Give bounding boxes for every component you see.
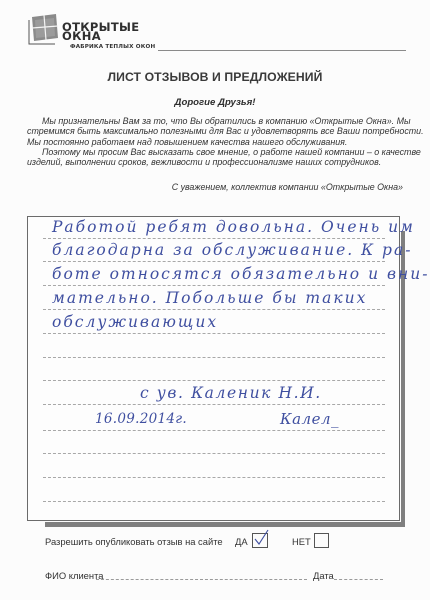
closing-signature: С уважением, коллектив компании «Открыты… <box>172 182 403 192</box>
intro-line: изделий, выполнении сроков, вежливости и… <box>27 157 403 167</box>
writing-line[interactable]: Работой ребят довольна. Очень им <box>43 216 385 239</box>
intro-line: Мы признательны Вам за то, что Вы обрати… <box>42 116 403 126</box>
handwritten-text: обслуживающих <box>52 312 218 332</box>
yes-label: ДА <box>235 536 248 547</box>
handwritten-date: 16.09.2014г. <box>95 409 187 429</box>
intro-line: стремимся быть максимально полезными для… <box>27 126 403 136</box>
date-label: Дата <box>313 570 334 581</box>
handwritten-text: боте относятся обязательно и вни- <box>52 264 394 284</box>
yes-checkbox[interactable] <box>252 533 268 548</box>
client-name-field[interactable] <box>96 579 307 580</box>
writing-line[interactable]: благодарна за обслуживание. К ра- <box>43 239 385 262</box>
window-logo-icon <box>26 11 62 47</box>
logo-tagline: ФАБРИКА ТЕПЛЫХ ОКОН <box>70 44 155 50</box>
box-shadow-bottom <box>45 522 405 527</box>
intro-line: Мы постоянно работаем над повышением кач… <box>27 137 403 147</box>
handwritten-signature: Калел_ <box>280 409 339 429</box>
handwritten-text: благодарна за обслуживание. К ра- <box>52 240 397 260</box>
writing-line[interactable] <box>43 455 385 478</box>
writing-line[interactable]: боте относятся обязательно и вни- <box>43 263 385 286</box>
form-title: ЛИСТ ОТЗЫВОВ И ПРЕДЛОЖЕНИЙ <box>0 70 430 84</box>
handwritten-text: Работой ребят довольна. Очень им <box>52 217 373 237</box>
writing-line[interactable]: мательно. Побольше бы таких <box>43 287 385 310</box>
writing-line[interactable] <box>43 431 385 454</box>
handwritten-text: мательно. Побольше бы таких <box>52 288 342 308</box>
handwritten-regards: с ув. Каленик Н.И. <box>140 383 322 403</box>
logo-name-line2: ОКНА <box>62 32 101 41</box>
date-field[interactable] <box>334 579 383 580</box>
intro-line: Поэтому мы просим Вас высказать свое мне… <box>42 147 403 157</box>
publish-consent-label: Разрешить опубликовать отзыв на сайте <box>45 536 223 547</box>
client-name-label: ФИО клиента <box>45 570 103 581</box>
no-checkbox[interactable] <box>314 533 329 548</box>
header-divider <box>158 50 406 51</box>
greeting: Дорогие Друзья! <box>0 97 430 108</box>
writing-line[interactable]: 16.09.2014г. Калел_ <box>43 408 385 431</box>
writing-line[interactable]: с ув. Каленик Н.И. <box>43 382 385 405</box>
writing-line[interactable] <box>43 335 385 358</box>
writing-line[interactable] <box>43 358 385 381</box>
writing-line[interactable]: обслуживающих <box>43 311 385 334</box>
writing-line[interactable] <box>43 479 385 502</box>
checkmark-icon <box>252 529 270 547</box>
no-label: НЕТ <box>292 536 311 547</box>
